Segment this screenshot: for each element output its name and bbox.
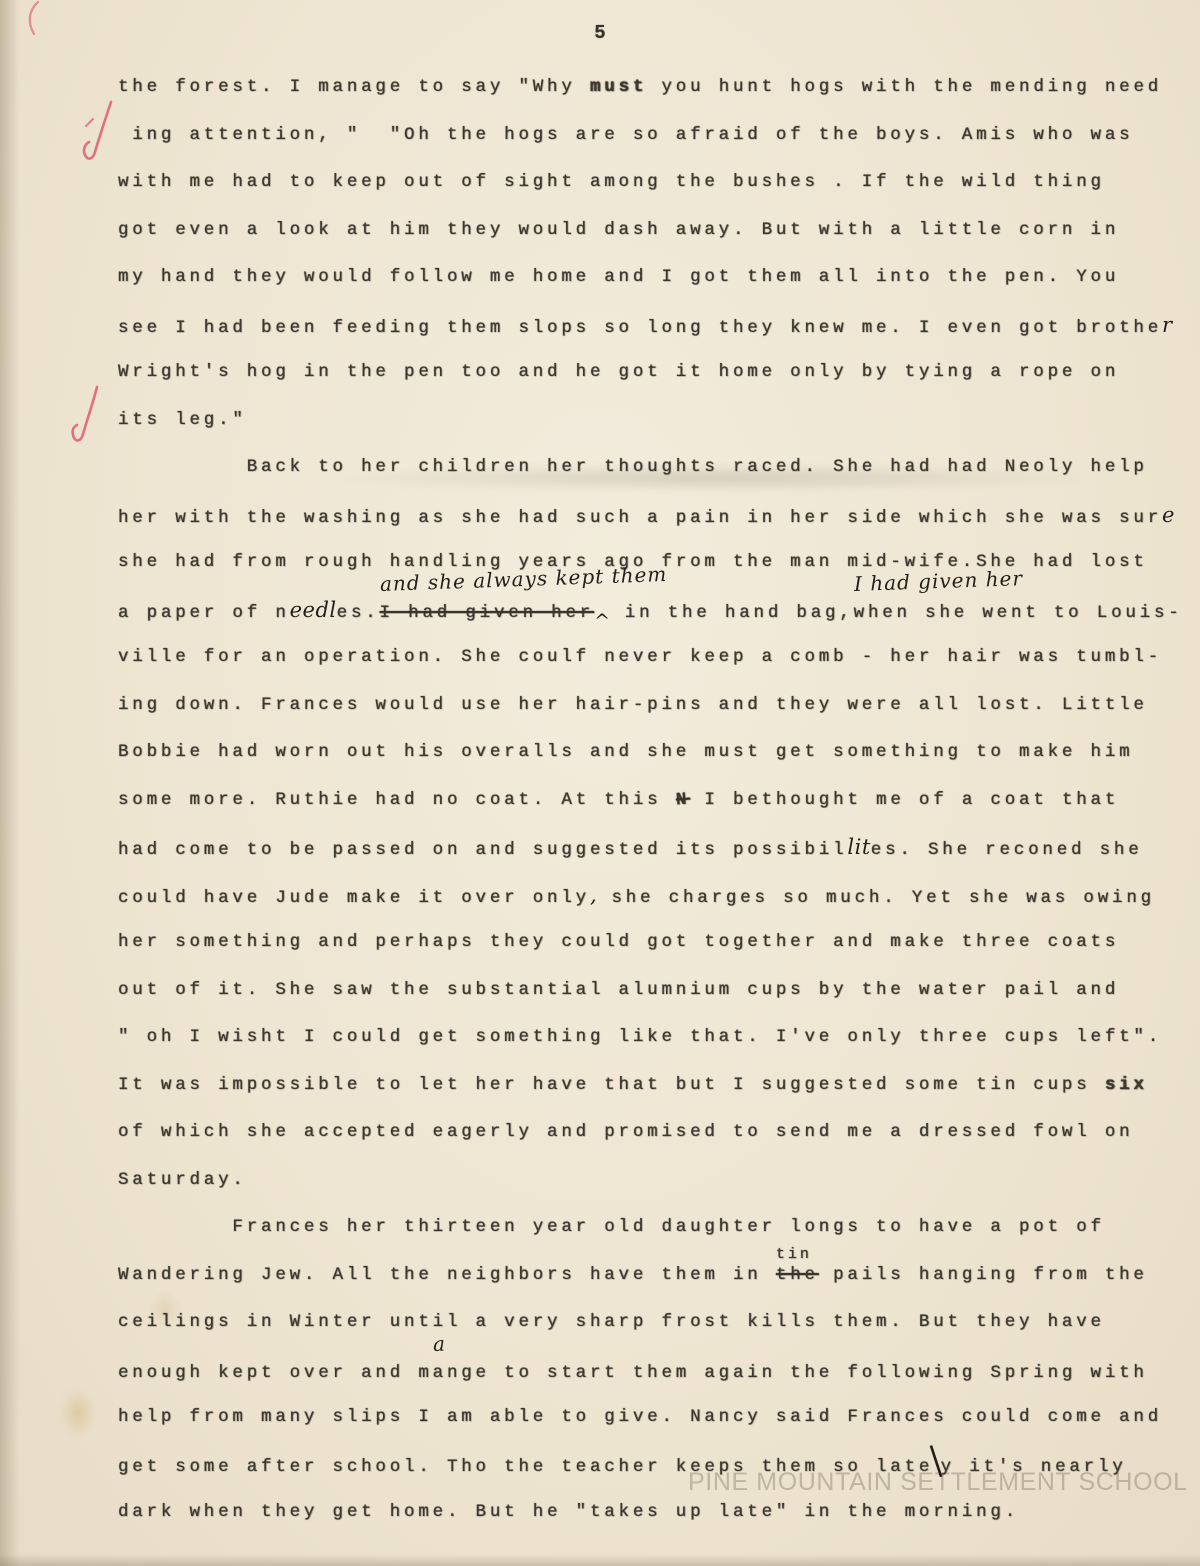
typed-line: with me had to keep out of sight among t…	[118, 159, 1178, 207]
typed-text: a paper of n	[118, 603, 290, 623]
typed-line: ceilings in Winter until a very sharp fr…	[118, 1299, 1178, 1347]
typed-text: ceilings in Winter until a very sharp fr…	[118, 1312, 1105, 1332]
typed-text: " oh I wisht I could get something like …	[118, 1027, 1162, 1047]
typed-line: my hand they would follow me home and I …	[118, 254, 1178, 302]
red-checkmark	[70, 384, 108, 450]
typed-text: ville for an operation. She coulf never …	[118, 647, 1162, 667]
document-page: 5 PINE MOUNTAIN SETTLEMENT SCHOOL the fo…	[0, 0, 1200, 1566]
typed-line: enough kept over and maange to start the…	[118, 1347, 1178, 1395]
typed-text-bold: six	[1105, 1075, 1148, 1095]
typed-text: when she went to Louis-	[854, 603, 1183, 623]
typed-text: ing down. Frances would use her hair-pin…	[118, 695, 1148, 715]
typed-line: ing attention, " "Oh the hogs are so afr…	[118, 112, 1178, 160]
typed-line: Saturday.	[118, 1157, 1178, 1205]
struck-character: N	[674, 776, 692, 824]
insertion-caret: ^	[594, 610, 610, 632]
typed-line: out of it. She saw the substantial alumn…	[118, 967, 1178, 1015]
typed-text: some more. Ruthie had no coat. At this	[118, 790, 676, 810]
typed-line: dark when they get home. But he "takes u…	[118, 1489, 1178, 1537]
typed-line: the forest. I manage to say "Why must yo…	[118, 64, 1178, 112]
typed-text: y it's nearly	[941, 1457, 1127, 1477]
typed-text: in the hand bag,	[611, 603, 854, 623]
typed-text: Back to her children her thoughts raced.…	[118, 457, 1148, 477]
typed-line: her with the washing as she had such a p…	[118, 492, 1178, 540]
typed-text: Wright's hog in the pen too and he got i…	[118, 362, 1119, 382]
typed-text: my hand they would follow me home and I …	[118, 267, 1119, 287]
typed-text: Saturday.	[118, 1170, 247, 1190]
typed-text: out of it. She saw the substantial alumn…	[118, 980, 1119, 1000]
handwritten-annotation: lit	[847, 835, 870, 859]
typed-line: see I had been feeding them slops so lon…	[118, 302, 1178, 350]
typed-line: get some after school. Tho the teacher k…	[118, 1442, 1178, 1490]
typed-line: Wandering Jew. All the neighbors have th…	[118, 1252, 1178, 1300]
typed-text: help from many slips I am able to give. …	[118, 1407, 1162, 1427]
red-pen-mark	[20, 0, 54, 38]
typed-text: the forest. I manage to say "Why	[118, 77, 590, 97]
typed-text: get some after school. Tho the teacher k…	[118, 1457, 933, 1477]
typed-text: Wandering Jew. All the neighbors have th…	[118, 1265, 776, 1285]
paper-stain	[60, 1388, 96, 1438]
typed-text: enough kept over and m	[118, 1363, 433, 1383]
typed-text: I bethought me of a coat that	[690, 790, 1119, 810]
typed-text: got even a look at him they would dash a…	[118, 220, 1119, 240]
typed-text: ing attention, " "Oh the hogs are so afr…	[118, 125, 1133, 145]
typed-text: she charges so much. Yet she was owing	[597, 888, 1155, 908]
typed-text: its leg."	[118, 410, 247, 430]
typed-text: had come to be passed on and suggested i…	[118, 840, 847, 860]
typed-line: a paper of needles.and she always kept t…	[118, 587, 1178, 635]
typed-text: Frances her thirteen year old daughter l…	[118, 1217, 1105, 1237]
typed-text: you hunt hogs with the mending need	[647, 77, 1162, 97]
typed-line: some more. Ruthie had no coat. At this N…	[118, 777, 1178, 825]
typed-text: with me had to keep out of sight among t…	[118, 172, 1105, 192]
typed-text: ange to start them again the following S…	[433, 1363, 1148, 1383]
typed-text: dark when they get home. But he "takes u…	[118, 1502, 1019, 1522]
typed-line: got even a look at him they would dash a…	[118, 207, 1178, 255]
struck-text: the	[776, 1265, 819, 1285]
typed-line: ville for an operation. She coulf never …	[118, 634, 1178, 682]
typed-line: could have Jude make it over only, she c…	[118, 872, 1178, 920]
typed-text: pails hanging from the	[819, 1265, 1148, 1285]
typed-text: of which she accepted eagerly and promis…	[118, 1122, 1133, 1142]
typed-line: of which she accepted eagerly and promis…	[118, 1109, 1178, 1157]
handwritten-annotation: r	[1162, 313, 1173, 337]
typed-text-bold: must	[590, 77, 647, 97]
typed-line: Frances her thirteen year old daughter l…	[118, 1204, 1178, 1252]
typed-text: es. She reconed she	[871, 840, 1143, 860]
typed-body: the forest. I manage to say "Why must yo…	[118, 64, 1178, 1537]
typed-line: help from many slips I am able to give. …	[118, 1394, 1178, 1442]
typed-line: its leg."	[118, 397, 1178, 445]
typed-text: Bobbie had worn out his overalls and she…	[118, 742, 1133, 762]
typed-line: had come to be passed on and suggested i…	[118, 824, 1178, 872]
typed-line: Wright's hog in the pen too and he got i…	[118, 349, 1178, 397]
typed-text: her with the washing as she had such a p…	[118, 508, 1162, 528]
typed-line: It was impossible to let her have that b…	[118, 1062, 1178, 1110]
typed-line: " oh I wisht I could get something like …	[118, 1014, 1178, 1062]
typed-line: Bobbie had worn out his overalls and she…	[118, 729, 1178, 777]
typed-line: Back to her children her thoughts raced.…	[118, 444, 1178, 492]
typed-text: es.	[337, 603, 380, 623]
page-number: 5	[0, 22, 1200, 44]
typed-line: her something and perhaps they could got…	[118, 919, 1178, 967]
typed-line: ing down. Frances would use her hair-pin…	[118, 682, 1178, 730]
typed-text: It was impossible to let her have that b…	[118, 1075, 1105, 1095]
handwritten-annotation: eedl	[290, 598, 337, 622]
typed-text: could have Jude make it over only	[118, 888, 590, 908]
struck-text: I had given her	[380, 603, 595, 623]
typed-text: see I had been feeding them slops so lon…	[118, 318, 1162, 338]
handwritten-annotation: e	[1162, 503, 1175, 527]
typed-text: her something and perhaps they could got…	[118, 932, 1119, 952]
red-checkmark	[80, 98, 122, 170]
